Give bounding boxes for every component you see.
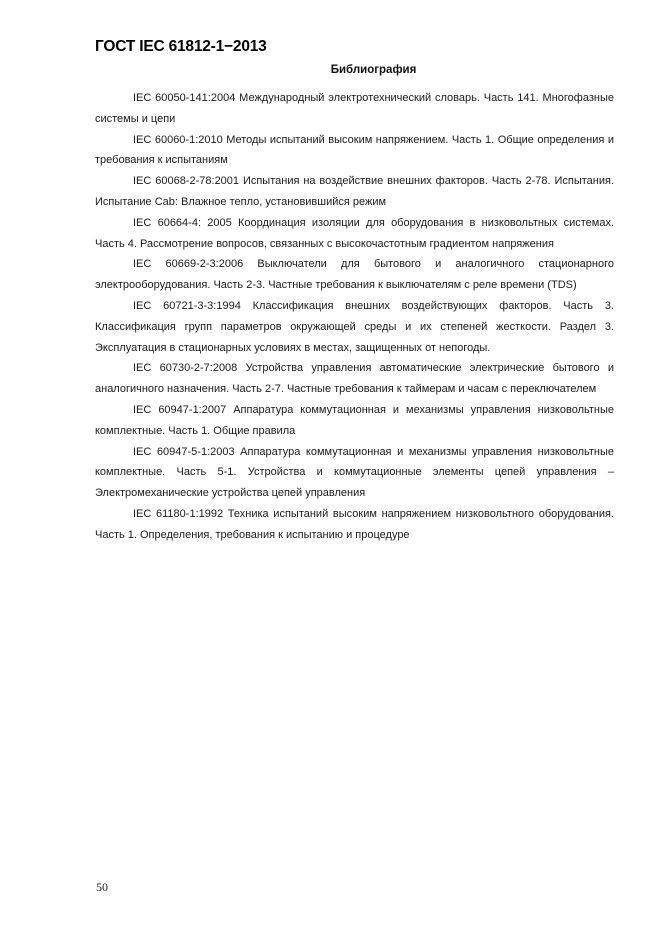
bibliography-list: IEC 60050-141:2004 Международный электро… <box>95 88 614 546</box>
standard-designation-header: ГОСТ IEC 61812-1−2013 <box>95 38 267 56</box>
bibliography-entry: IEC 60068-2-78:2001 Испытания на воздейс… <box>95 171 614 213</box>
document-page: ГОСТ IEC 61812-1−2013 Библиография IEC 6… <box>0 0 661 935</box>
bibliography-entry: IEC 60060-1:2010 Методы испытаний высоки… <box>95 130 614 172</box>
bibliography-entry: IEC 60669-2-3:2006 Выключатели для бытов… <box>95 254 614 296</box>
bibliography-entry: IEC 60721-3-3:1994 Классификация внешних… <box>95 296 614 358</box>
bibliography-entry: IEC 60947-1:2007 Аппаратура коммутационн… <box>95 400 614 442</box>
bibliography-entry: IEC 60664-4: 2005 Координация изоляции д… <box>95 213 614 255</box>
bibliography-entry: IEC 61180-1:1992 Техника испытаний высок… <box>95 504 614 546</box>
bibliography-entry: IEC 60730-2-7:2008 Устройства управления… <box>95 358 614 400</box>
bibliography-entry: IEC 60050-141:2004 Международный электро… <box>95 88 614 130</box>
section-title: Библиография <box>95 64 614 76</box>
bibliography-entry: IEC 60947-5-1:2003 Аппаратура коммутацио… <box>95 442 614 504</box>
page-number: 50 <box>96 880 108 895</box>
